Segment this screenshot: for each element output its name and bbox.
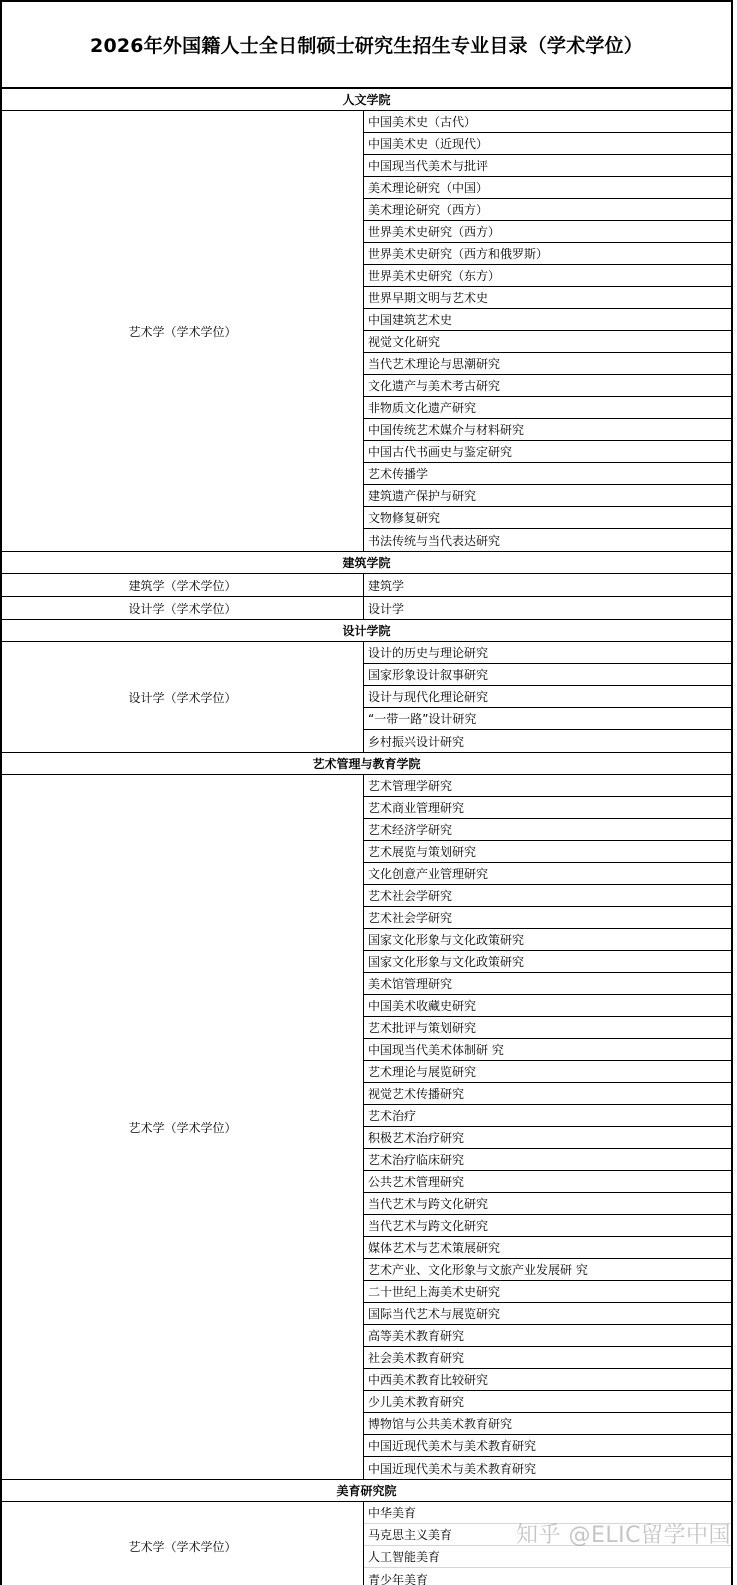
degree-cell: 设计学（学术学位） <box>2 642 364 752</box>
major-item: 世界早期文明与艺术史 <box>364 287 731 309</box>
major-item: 青少年美育 <box>364 1568 731 1585</box>
major-item: 国家文化形象与文化政策研究 <box>364 951 731 973</box>
major-item: 建筑遗产保护与研究 <box>364 485 731 507</box>
major-item: 公共艺术管理研究 <box>364 1171 731 1193</box>
major-item: “一带一路”设计研究 <box>364 708 731 730</box>
major-item: 中国建筑艺术史 <box>364 309 731 331</box>
major-item: 媒体艺术与艺术策展研究 <box>364 1237 731 1259</box>
major-item: 美术理论研究（中国） <box>364 177 731 199</box>
major-item: 国际当代艺术与展览研究 <box>364 1303 731 1325</box>
major-list: 设计学 <box>364 597 731 619</box>
major-item: 视觉文化研究 <box>364 331 731 353</box>
section-header-aesthetic-education: 美育研究院 <box>2 1480 731 1502</box>
degree-group: 设计学（学术学位） 设计的历史与理论研究 国家形象设计叙事研究 设计与现代化理论… <box>2 642 731 753</box>
major-item: 中国美术史（古代） <box>364 111 731 133</box>
major-item: 文物修复研究 <box>364 507 731 529</box>
section-header-design: 设计学院 <box>2 620 731 642</box>
major-item: 设计学 <box>364 597 731 619</box>
section-header-art-management-education: 艺术管理与教育学院 <box>2 753 731 775</box>
major-item: 艺术管理学研究 <box>364 775 731 797</box>
major-item: 社会美术教育研究 <box>364 1347 731 1369</box>
major-item: 艺术经济学研究 <box>364 819 731 841</box>
degree-cell: 艺术学（学术学位） <box>2 1502 364 1585</box>
major-item: 中华美育 <box>364 1502 731 1524</box>
major-item: 艺术治疗临床研究 <box>364 1149 731 1171</box>
major-item: 少儿美术教育研究 <box>364 1391 731 1413</box>
major-item: 艺术社会学研究 <box>364 907 731 929</box>
major-item: 艺术传播学 <box>364 463 731 485</box>
major-item: 美术馆管理研究 <box>364 973 731 995</box>
major-list: 中华美育 马克思主义美育 人工智能美育 青少年美育 <box>364 1502 731 1585</box>
major-item: 中国现当代美术体制研 究 <box>364 1039 731 1061</box>
degree-cell: 设计学（学术学位） <box>2 597 364 619</box>
major-item: 当代艺术与跨文化研究 <box>364 1193 731 1215</box>
major-item: 博物馆与公共美术教育研究 <box>364 1413 731 1435</box>
major-item: 书法传统与当代表达研究 <box>364 529 731 551</box>
major-list: 建筑学 <box>364 574 731 596</box>
major-item: 文化遗产与美术考古研究 <box>364 375 731 397</box>
major-item: 中西美术教育比较研究 <box>364 1369 731 1391</box>
major-item: 艺术展览与策划研究 <box>364 841 731 863</box>
degree-group: 艺术学（学术学位） 中国美术史（古代） 中国美术史（近现代） 中国现当代美术与批… <box>2 111 731 552</box>
degree-group: 建筑学（学术学位） 建筑学 <box>2 574 731 597</box>
section-header-humanities: 人文学院 <box>2 89 731 111</box>
major-item: 国家文化形象与文化政策研究 <box>364 929 731 951</box>
major-item: 中国传统艺术媒介与材料研究 <box>364 419 731 441</box>
major-list: 艺术管理学研究 艺术商业管理研究 艺术经济学研究 艺术展览与策划研究 文化创意产… <box>364 775 731 1479</box>
major-item: 国家形象设计叙事研究 <box>364 664 731 686</box>
degree-cell: 建筑学（学术学位） <box>2 574 364 596</box>
degree-cell: 艺术学（学术学位） <box>2 775 364 1479</box>
major-item: 非物质文化遗产研究 <box>364 397 731 419</box>
major-item: 中国古代书画史与鉴定研究 <box>364 441 731 463</box>
major-item: 积极艺术治疗研究 <box>364 1127 731 1149</box>
major-list: 设计的历史与理论研究 国家形象设计叙事研究 设计与现代化理论研究 “一带一路”设… <box>364 642 731 752</box>
degree-cell: 艺术学（学术学位） <box>2 111 364 551</box>
table-title: 2026年外国籍人士全日制硕士研究生招生专业目录（学术学位） <box>2 2 731 89</box>
major-item: 中国美术史（近现代） <box>364 133 731 155</box>
major-item: 艺术理论与展览研究 <box>364 1061 731 1083</box>
major-item: 艺术社会学研究 <box>364 885 731 907</box>
section-header-architecture: 建筑学院 <box>2 552 731 574</box>
major-item: 设计与现代化理论研究 <box>364 686 731 708</box>
major-item: 高等美术教育研究 <box>364 1325 731 1347</box>
major-item: 中国近现代美术与美术教育研究 <box>364 1457 731 1479</box>
major-item: 视觉艺术传播研究 <box>364 1083 731 1105</box>
major-item: 美术理论研究（西方） <box>364 199 731 221</box>
degree-group: 艺术学（学术学位） 中华美育 马克思主义美育 人工智能美育 青少年美育 <box>2 1502 731 1585</box>
catalog-table: 2026年外国籍人士全日制硕士研究生招生专业目录（学术学位） 人文学院 艺术学（… <box>0 0 733 1585</box>
major-item: 设计的历史与理论研究 <box>364 642 731 664</box>
major-item: 艺术商业管理研究 <box>364 797 731 819</box>
major-item: 中国近现代美术与美术教育研究 <box>364 1435 731 1457</box>
major-item: 世界美术史研究（西方） <box>364 221 731 243</box>
major-item: 艺术产业、文化形象与文旅产业发展研 究 <box>364 1259 731 1281</box>
degree-group: 设计学（学术学位） 设计学 <box>2 597 731 620</box>
major-item: 当代艺术理论与思潮研究 <box>364 353 731 375</box>
major-item: 当代艺术与跨文化研究 <box>364 1215 731 1237</box>
major-item: 人工智能美育 <box>364 1546 731 1568</box>
major-item: 中国美术收藏史研究 <box>364 995 731 1017</box>
major-item: 二十世纪上海美术史研究 <box>364 1281 731 1303</box>
major-item: 世界美术史研究（东方） <box>364 265 731 287</box>
major-list: 中国美术史（古代） 中国美术史（近现代） 中国现当代美术与批评 美术理论研究（中… <box>364 111 731 551</box>
major-item: 中国现当代美术与批评 <box>364 155 731 177</box>
degree-group: 艺术学（学术学位） 艺术管理学研究 艺术商业管理研究 艺术经济学研究 艺术展览与… <box>2 775 731 1480</box>
major-item: 马克思主义美育 <box>364 1524 731 1546</box>
major-item: 艺术治疗 <box>364 1105 731 1127</box>
major-item: 艺术批评与策划研究 <box>364 1017 731 1039</box>
major-item: 文化创意产业管理研究 <box>364 863 731 885</box>
major-item: 乡村振兴设计研究 <box>364 730 731 752</box>
major-item: 建筑学 <box>364 574 731 596</box>
major-item: 世界美术史研究（西方和俄罗斯） <box>364 243 731 265</box>
